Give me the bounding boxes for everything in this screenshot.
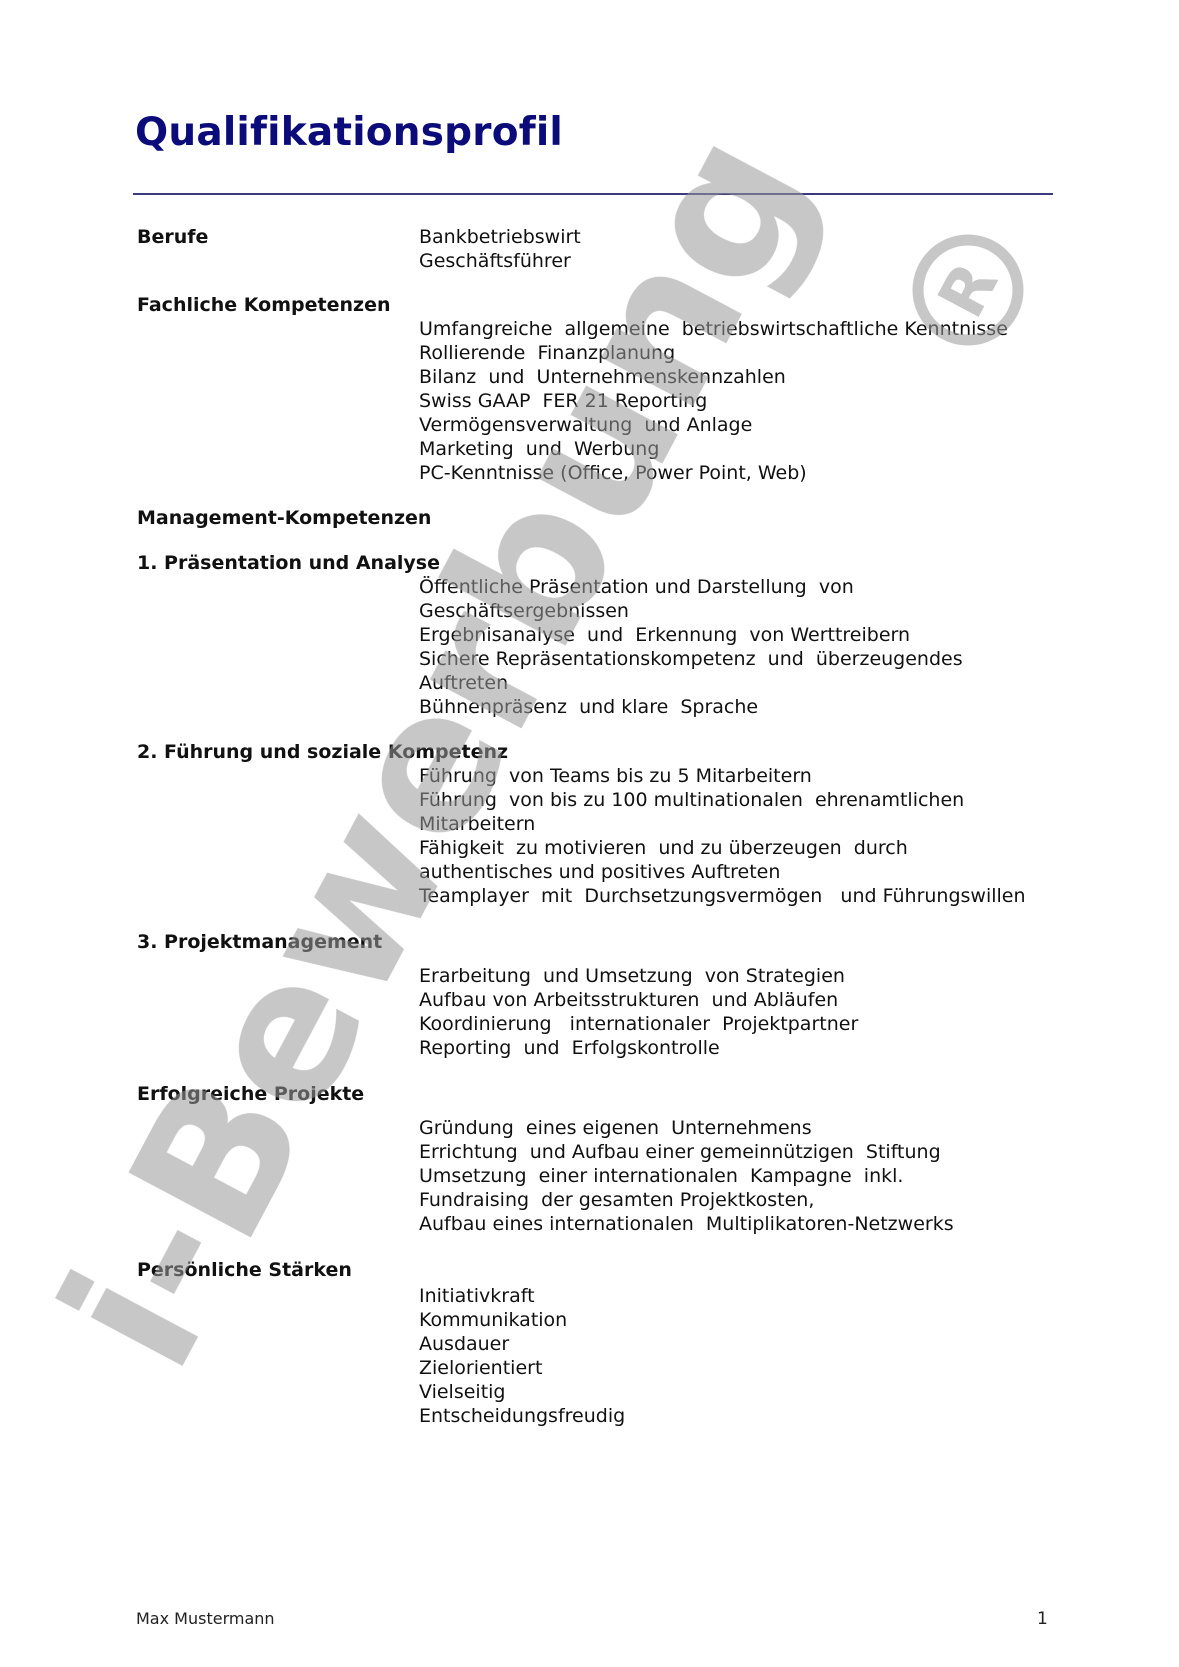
list-item: Bühnenpräsenz und klare Sprache [419,695,1057,719]
list-item: Führung von Teams bis zu 5 Mitarbeitern [419,764,1057,788]
section-items: Öffentliche Präsentation und Darstellung… [419,575,1057,719]
section-items: BankbetriebswirtGeschäftsführer [419,225,1057,273]
list-item: Gründung eines eigenen Unternehmens [419,1116,1057,1140]
list-item: Swiss GAAP FER 21 Reporting [419,389,1057,413]
section-projekte-label: Erfolgreiche Projekte [137,1082,1057,1106]
subsection-praesentation: Öffentliche Präsentation und Darstellung… [137,575,1057,719]
list-item: Fähigkeit zu motivieren und zu überzeuge… [419,836,1057,860]
subsection-projektmanagement: Erarbeitung und Umsetzung von Strategien… [137,964,1057,1060]
list-item: Aufbau eines internationalen Multiplikat… [419,1212,1057,1236]
list-item: Ergebnisanalyse und Erkennung von Werttr… [419,623,1057,647]
list-item: Vielseitig [419,1380,1057,1404]
subsection-projektmanagement-label: 3. Projektmanagement [137,930,1057,954]
list-item: Erarbeitung und Umsetzung von Strategien [419,964,1057,988]
list-item: Initiativkraft [419,1284,1057,1308]
section-staerken-label: Persönliche Stärken [137,1258,1057,1282]
subsection-fuehrung: Führung von Teams bis zu 5 MitarbeiternF… [137,764,1057,908]
list-item: Mitarbeitern [419,812,1057,836]
section-fachliche: Umfangreiche allgemeine betriebswirtscha… [137,317,1057,485]
subsection-praesentation-label: 1. Präsentation und Analyse [137,551,1057,575]
document-page: Qualifikationsprofil Berufe Bankbetriebs… [0,0,1179,1667]
list-item: Bankbetriebswirt [419,225,1057,249]
section-management-label: Management-Kompetenzen [137,506,1057,530]
list-item: Geschäftsführer [419,249,1057,273]
list-item: Aufbau von Arbeitsstrukturen und Abläufe… [419,988,1057,1012]
section-staerken: InitiativkraftKommunikationAusdauerZielo… [137,1284,1057,1428]
list-item: Vermögensverwaltung und Anlage [419,413,1057,437]
list-item: PC-Kenntnisse (Office, Power Point, Web) [419,461,1057,485]
list-item: Bilanz und Unternehmenskennzahlen [419,365,1057,389]
list-item: Reporting und Erfolgskontrolle [419,1036,1057,1060]
list-item: Umsetzung einer internationalen Kampagne… [419,1164,1057,1188]
section-berufe: Berufe BankbetriebswirtGeschäftsführer [137,225,1057,273]
section-items: Gründung eines eigenen UnternehmensErric… [419,1116,1057,1236]
subsection-fuehrung-label: 2. Führung und soziale Kompetenz [137,740,1057,764]
section-label: Berufe [137,225,419,273]
list-item: Teamplayer mit Durchsetzungsvermögen und… [419,884,1057,908]
list-item: Marketing und Werbung [419,437,1057,461]
list-item: Fundraising der gesamten Projektkosten, [419,1188,1057,1212]
list-item: Kommunikation [419,1308,1057,1332]
list-item: Errichtung und Aufbau einer gemeinnützig… [419,1140,1057,1164]
section-items: Umfangreiche allgemeine betriebswirtscha… [419,317,1057,485]
page-number: 1 [1037,1609,1048,1629]
list-item: Koordinierung internationaler Projektpar… [419,1012,1057,1036]
list-item: Geschäftsergebnissen [419,599,1057,623]
section-fachliche-label: Fachliche Kompetenzen [137,293,1057,317]
list-item: authentisches und positives Auftreten [419,860,1057,884]
list-item: Sichere Repräsentationskompetenz und übe… [419,647,1057,671]
list-item: Rollierende Finanzplanung [419,341,1057,365]
profile-content: Berufe BankbetriebswirtGeschäftsführer F… [137,225,1057,1428]
list-item: Umfangreiche allgemeine betriebswirtscha… [419,317,1057,341]
list-item: Auftreten [419,671,1057,695]
title-divider [133,193,1053,195]
footer-author: Max Mustermann [136,1609,275,1628]
page-title: Qualifikationsprofil [135,110,563,155]
list-item: Entscheidungsfreudig [419,1404,1057,1428]
list-item: Führung von bis zu 100 multinationalen e… [419,788,1057,812]
list-item: Ausdauer [419,1332,1057,1356]
list-item: Zielorientiert [419,1356,1057,1380]
list-item: Öffentliche Präsentation und Darstellung… [419,575,1057,599]
section-items: Erarbeitung und Umsetzung von Strategien… [419,964,1057,1060]
section-items: Führung von Teams bis zu 5 MitarbeiternF… [419,764,1057,908]
section-projekte: Gründung eines eigenen UnternehmensErric… [137,1116,1057,1236]
section-items: InitiativkraftKommunikationAusdauerZielo… [419,1284,1057,1428]
